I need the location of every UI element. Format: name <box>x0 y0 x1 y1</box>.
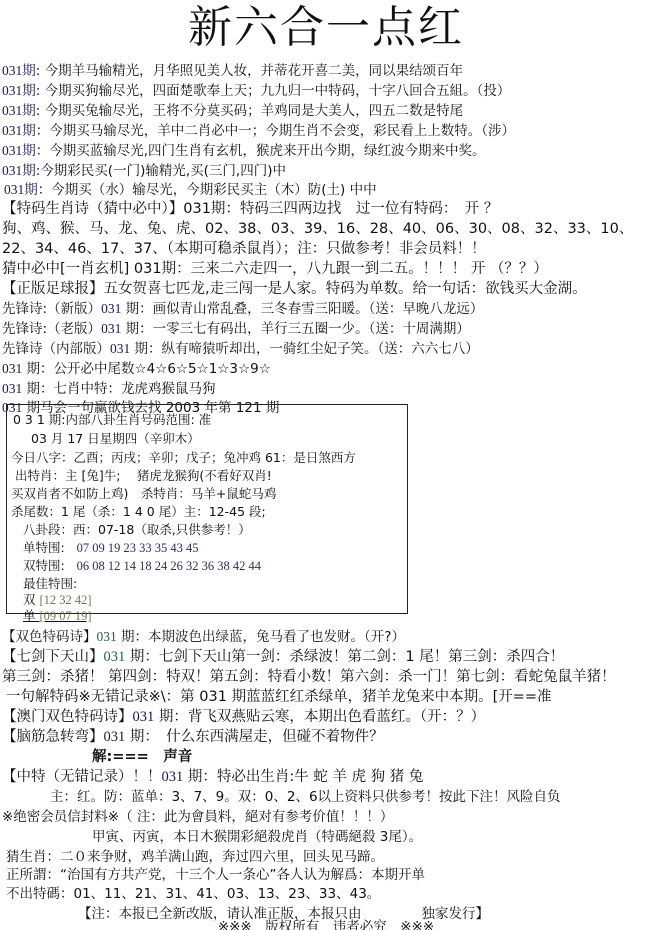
poem-line-1: 031期: 今期羊马输精光，月华照见美人妆，并蒂花开喜二美，同以果结颂百年 <box>2 62 463 80</box>
best-tewei-label: 最佳特围: <box>23 575 77 592</box>
qijian-line-2: 第三剑：杀猪！ 第四剑：特双！第五剑：特看小数！第六剑：杀一门！第七剑：看蛇兔鼠… <box>2 668 616 686</box>
poem-line-2: 031期: 今期买狗输尽光，四面楚歌奉上天；九九归一中特码，十字八回合五組。（投… <box>2 82 510 100</box>
zhongte-detail: 主：红。防：蓝单：3、7、9。双：0、2、6以上资料只供参考！按此下注！风险自负 <box>50 788 561 806</box>
bagua-box: 0 3 1 期:内部八卦生肖号码范围: 准 03 月 17 日星期四（辛卯木） … <box>6 404 408 614</box>
tema-numbers-line-1: 狗、鸡、猴、马、龙、兔、虎、02、38、03、39、16、28、40、06、30… <box>2 220 633 238</box>
bagua-shawei: 杀尾数：1 尾（杀：1 4 0 尾）主：12-45 段; <box>11 503 266 520</box>
page-title: 新六合一点红 <box>0 2 652 54</box>
shuangse-poem: 【双色特码诗】031 期：本期波色出绿蓝，兔马看了也发财。（开?） <box>2 628 405 646</box>
riddle-answer: 解:=== 声音 <box>92 748 192 766</box>
yiju-line: 一句解特码※无错记录※\：第 031 期蓝蓝红红杀绿单，猪羊龙兔来中本期。[开=… <box>6 688 552 706</box>
guess-zodiac-line: 猜生肖：二０来争财，鸡羊满山跑，奔过四六里，回头见马蹄。 <box>6 848 384 866</box>
copyright-line: ※※※ 版权所有 违者必究 ※※※ <box>0 924 652 930</box>
buchu-line: 不出特碼：01、11、21、31、41、03、13、23、33、43。 <box>6 885 380 903</box>
zhengsuowei-line: 正所謂：“治国有方共产党，十三个人一条心”各人认为解爲：本期开单 <box>6 866 425 884</box>
riddle-line: 【脑筋急转弯】031 期： 什么东西满屋走，但碰不着物件？ <box>2 728 384 746</box>
tail-numbers-line: 031 期：公开必中尾数☆4☆6☆5☆1☆3☆9☆ <box>2 360 271 378</box>
single-tewei: 单特围: 07 09 19 23 33 35 43 45 <box>23 539 199 557</box>
jiayin-line: 甲寅、丙寅，本日木猴開彩絕殺虎肖（特碼絕殺 3尾）。 <box>92 828 422 846</box>
bagua-segment: 八卦段：西：07-18（取杀,只供参考！） <box>23 521 251 538</box>
bagua-bazi: 今日八字：乙酉；丙戌；辛卯；戊子；兔冲鸡 61：是日煞西方 <box>11 449 356 466</box>
poem-line-3: 031期: 今期买兔输尽光，王将不分莫买码；羊鸡同是大美人，四五二数是特尾 <box>2 102 463 120</box>
seven-zodiac-line: 031 期：七肖中特：龙虎鸡猴鼠马狗 <box>2 380 216 398</box>
poem-line-7: 031期：今期买（水）输尽光，今期彩民买主（木）防(土) 中中 <box>4 181 377 199</box>
pioneer-poem-internal: 先锋诗（内部版）031 期：纵有啼猿听却出，一骑红尘妃子笑。（送：六六七八） <box>2 340 479 358</box>
double-tewei: 双特围: 06 08 12 14 18 24 26 32 36 38 42 44 <box>23 557 261 575</box>
bagua-maishuang: 买双肖者不如防上鸡) 杀特肖：马羊+鼠蛇马鸡 <box>11 485 276 502</box>
tema-poem-header: 【特码生肖诗（猜中必中）】031期：特码三四两边找 过一位有特码： 开 ？ <box>2 200 498 218</box>
poem-line-6: 031期:今期彩民买(一门)输精光,买(三门,四门)中 <box>2 162 286 180</box>
yixiao-line: 猜中必中[一肖玄机] 031期：三来二六走四一，八九跟一到二五。！！！ 开 （？… <box>2 260 548 278</box>
qijian-line-1: 【七剑下天山】031 期：七剑下天山第一剑：杀绿波！第二剑：1 尾！第三剑：杀四… <box>2 648 564 666</box>
tema-numbers-line-2: 22、34、46、17、37、（本期可稳杀鼠肖）；注：只做参考！非会员料！！ <box>2 240 486 258</box>
pioneer-poem-new: 先锋诗:（新版）031 期：画似青山常乱叠，三冬春雪三阳暖。（送：早晚八龙远） <box>2 300 483 318</box>
poem-line-4: 031期：今期买马输尽光，羊中二肖必中一；今期生肖不会变，彩民看上上数特。（涉） <box>2 122 515 140</box>
football-line: 【正版足球报】五女贺喜七匹龙,走三闯一是人家。特码为单数。给一句话：欲钱买大金湖… <box>2 280 587 298</box>
secret-line: ※绝密会员信封料※（ 注：此为會員料，絕对有参考价值！！！） <box>2 808 393 826</box>
zhongte-line: 【中特（无错记录）！！031 期：特必出生肖:牛 蛇 羊 虎 狗 猪 兔 <box>2 768 423 786</box>
bagua-chute: 出特肖：主 [兔]牛; 猪虎龙猴狗(不看好双肖! <box>15 467 272 484</box>
bagua-title: 0 3 1 期:内部八卦生肖号码范围: 准 <box>13 411 211 428</box>
best-single: 单 [09 07 19] <box>23 607 92 625</box>
pioneer-poem-old: 先锋诗:（老版）031 期：一零三七有码出，羊行三五圈一少。（送：十周满期） <box>2 320 470 338</box>
macau-poem: 【澳门双色特码诗】031 期：背飞双燕贴云寒，本期出色看蓝红。（开：？） <box>2 708 485 726</box>
poem-line-5: 031期：今期买蓝输尽光,四门生肖有玄机，猴虎来开出今期，绿红波今期来中奖。 <box>2 142 486 160</box>
bagua-date: 03 月 17 日星期四（辛卯木） <box>31 430 200 447</box>
